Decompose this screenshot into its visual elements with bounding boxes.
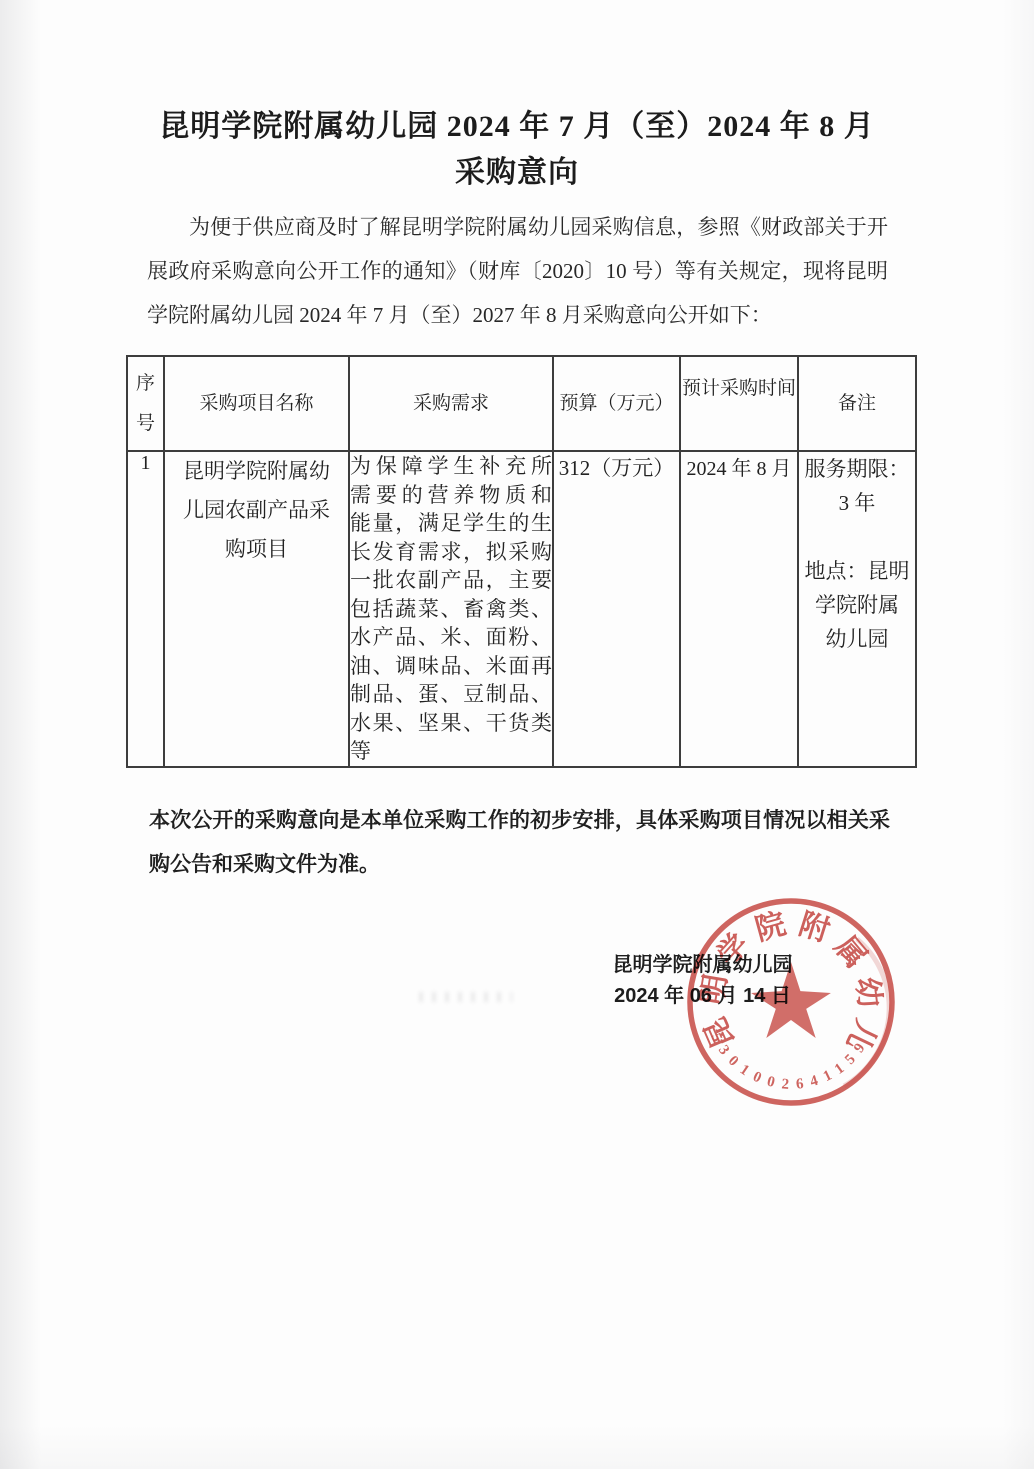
header-remarks: 备注 (798, 356, 916, 451)
title-line1: 昆明学院附属幼儿园 2024 年 7 月（至）2024 年 8 月 (159, 110, 875, 143)
cell-remarks: 服务期限： 3 年 地点：昆明 学院附属 幼儿园 (798, 451, 916, 767)
cell-project-name: 昆明学院附属幼 儿园农副产品采 购项目 (164, 451, 349, 767)
table-row: 1 昆明学院附属幼 儿园农副产品采 购项目 为保障学生补充所 需要的营养物质和 … (127, 451, 916, 767)
cell-expected-time: 2024 年 8 月 (680, 451, 798, 767)
cell-budget: 312（万元） (553, 451, 680, 767)
header-serial-number: 序 号 (127, 356, 164, 451)
table-header-row: 序 号 采购项目名称 采购需求 预算（万元） 预计采购时间 备注 (127, 356, 916, 451)
header-project-name: 采购项目名称 (164, 356, 349, 451)
title-line2: 采购意向 (455, 156, 579, 189)
document-page: 昆明学院附属幼儿园 2024 年 7 月（至）2024 年 8 月采购意向 为便… (0, 0, 1034, 1469)
stamp-star (751, 962, 831, 1038)
cell-procurement-demand: 为保障学生补充所 需要的营养物质和 能量，满足学生的生 长发育需求，拟采购 一批… (349, 451, 553, 767)
header-expected-time: 预计采购时间 (680, 356, 798, 451)
intro-paragraph: 为便于供应商及时了解昆明学院附属幼儿园采购信息，参照《财政部关于开展政府采购意向… (147, 205, 888, 337)
cell-serial-number: 1 (127, 451, 164, 767)
page-title: 昆明学院附属幼儿园 2024 年 7 月（至）2024 年 8 月采购意向 (0, 104, 1034, 196)
procurement-table: 序 号 采购项目名称 采购需求 预算（万元） 预计采购时间 备注 1 昆明学院附… (126, 355, 917, 768)
official-seal-stamp: 昆明学院附属幼儿园 5301002641159 (631, 842, 951, 1162)
smudge-mark (420, 992, 512, 1002)
header-budget: 预算（万元） (553, 356, 680, 451)
header-procurement-demand: 采购需求 (349, 356, 553, 451)
